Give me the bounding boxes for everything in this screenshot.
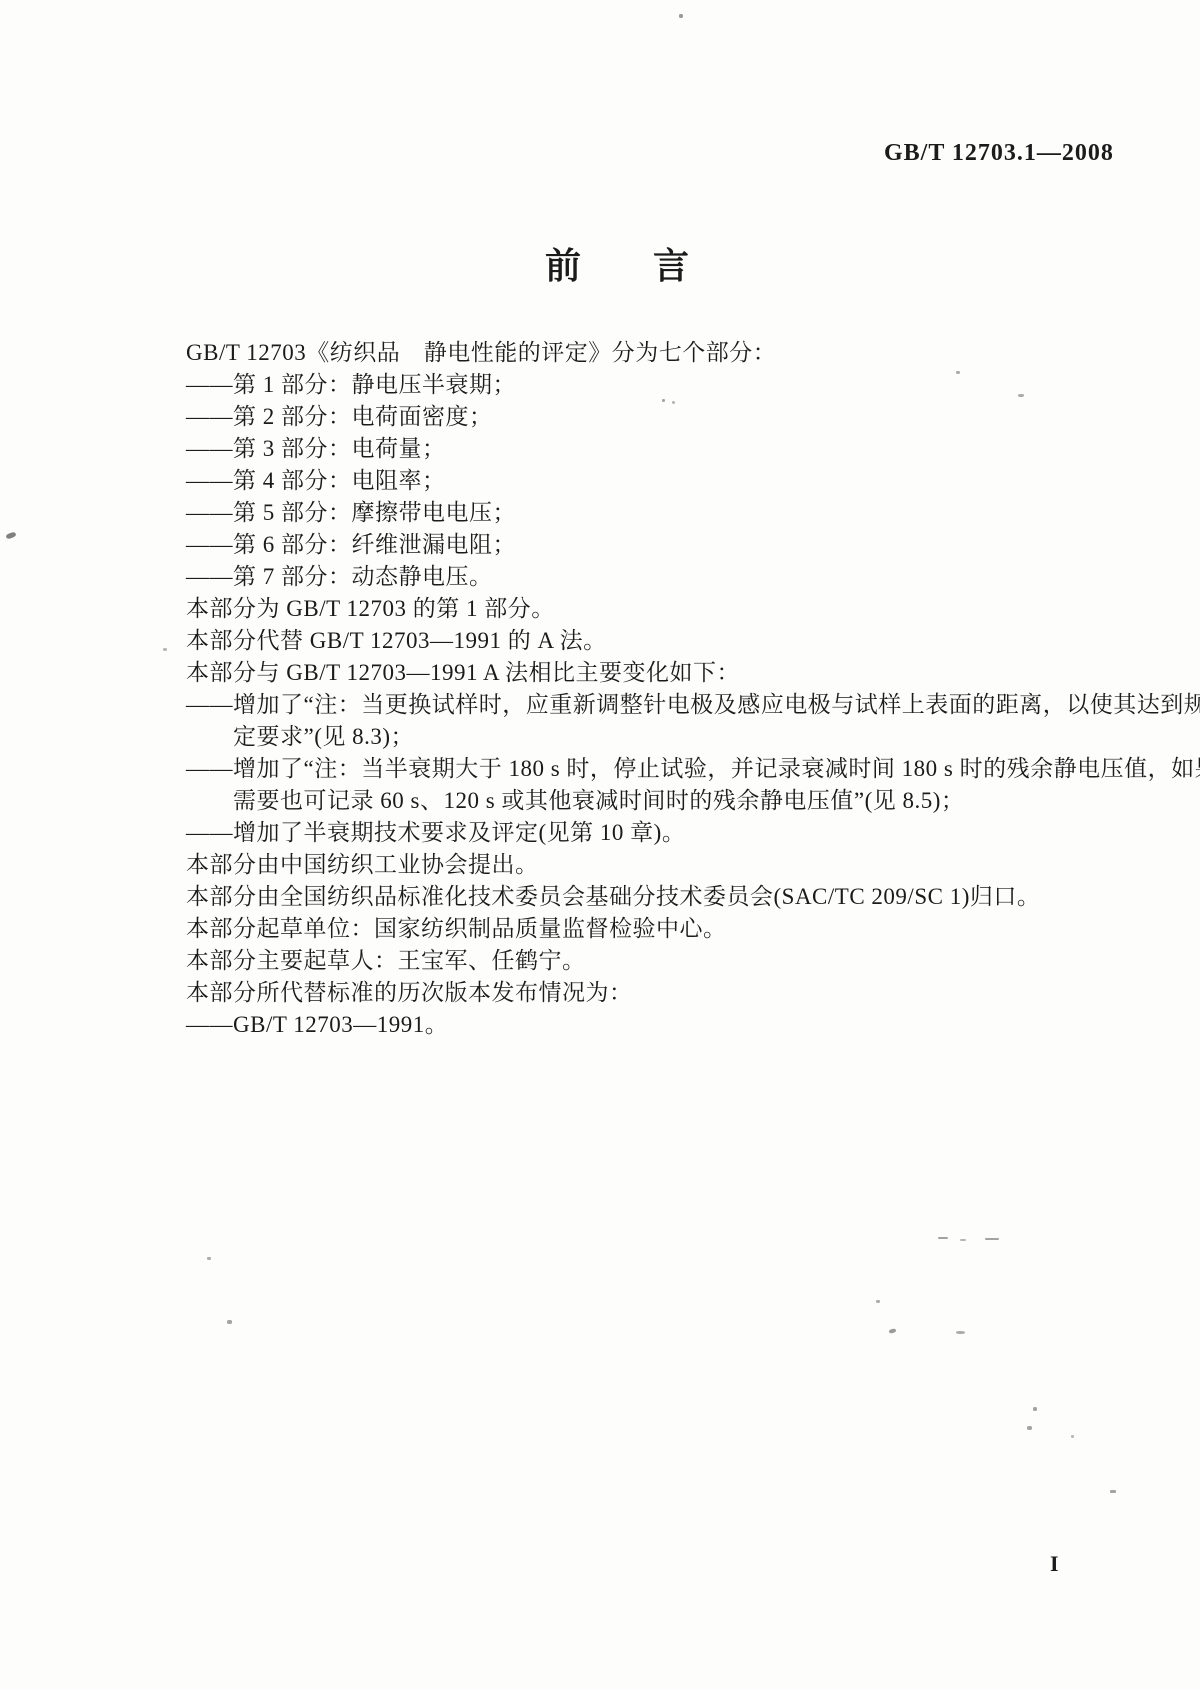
foreword-line: 本部分主要起草人：王宝军、任鹤宁。	[186, 945, 1116, 977]
foreword-line: 本部分为 GB/T 12703 的第 1 部分。	[186, 593, 1116, 625]
scan-speck	[876, 1300, 880, 1303]
foreword-line: ——第 5 部分：摩擦带电电压；	[186, 497, 1116, 529]
scan-speck	[985, 1238, 999, 1240]
scan-speck	[662, 399, 665, 402]
scan-speck	[956, 1331, 965, 1334]
scan-speck	[672, 401, 675, 404]
foreword-line: ——增加了“注：当更换试样时，应重新调整针电极及感应电极与试样上表面的距离，以使…	[186, 689, 1116, 721]
foreword-body: GB/T 12703《纺织品 静电性能的评定》分为七个部分： ——第 1 部分：…	[186, 337, 1116, 1041]
foreword-line: 本部分起草单位：国家纺织制品质量监督检验中心。	[186, 913, 1116, 945]
page-number: I	[1050, 1551, 1059, 1577]
foreword-line: 需要也可记录 60 s、120 s 或其他衰减时间时的残余静电压值”(见 8.5…	[186, 785, 1116, 817]
foreword-line: ——第 2 部分：电荷面密度；	[186, 401, 1116, 433]
foreword-line: 本部分所代替标准的历次版本发布情况为：	[186, 977, 1116, 1009]
scan-speck	[679, 14, 683, 18]
foreword-line: 定要求”(见 8.3)；	[186, 721, 1116, 753]
scan-speck	[207, 1257, 211, 1260]
foreword-line: GB/T 12703《纺织品 静电性能的评定》分为七个部分：	[186, 337, 1116, 369]
scan-speck	[227, 1320, 232, 1324]
scan-speck	[1110, 1490, 1116, 1493]
foreword-line: 本部分与 GB/T 12703—1991 A 法相比主要变化如下：	[186, 657, 1116, 689]
foreword-line: 本部分由全国纺织品标准化技术委员会基础分技术委员会(SAC/TC 209/SC …	[186, 881, 1116, 913]
scan-speck	[956, 371, 960, 374]
scan-speck	[889, 1328, 897, 1334]
scan-speck	[1018, 394, 1024, 397]
scan-speck	[163, 648, 167, 651]
scan-speck	[938, 1237, 948, 1239]
standard-code: GB/T 12703.1—2008	[884, 140, 1114, 167]
document-page: GB/T 12703.1—2008 前 言 GB/T 12703《纺织品 静电性…	[0, 0, 1200, 1689]
foreword-line: ——第 7 部分：动态静电压。	[186, 561, 1116, 593]
foreword-line: ——第 1 部分：静电压半衰期；	[186, 369, 1116, 401]
foreword-line: 本部分由中国纺织工业协会提出。	[186, 849, 1116, 881]
foreword-line: ——第 3 部分：电荷量；	[186, 433, 1116, 465]
scan-speck	[1027, 1426, 1032, 1430]
foreword-line: ——第 6 部分：纤维泄漏电阻；	[186, 529, 1116, 561]
foreword-line: ——增加了“注：当半衰期大于 180 s 时，停止试验，并记录衰减时间 180 …	[186, 753, 1116, 785]
foreword-line: ——第 4 部分：电阻率；	[186, 465, 1116, 497]
scan-speck	[5, 531, 16, 539]
page-title: 前 言	[545, 238, 689, 289]
foreword-line: ——GB/T 12703—1991。	[186, 1009, 1116, 1041]
scan-speck	[1033, 1407, 1037, 1411]
scan-speck	[960, 1239, 966, 1241]
foreword-line: 本部分代替 GB/T 12703—1991 的 A 法。	[186, 625, 1116, 657]
scan-speck	[1071, 1435, 1074, 1438]
foreword-line: ——增加了半衰期技术要求及评定(见第 10 章)。	[186, 817, 1116, 849]
